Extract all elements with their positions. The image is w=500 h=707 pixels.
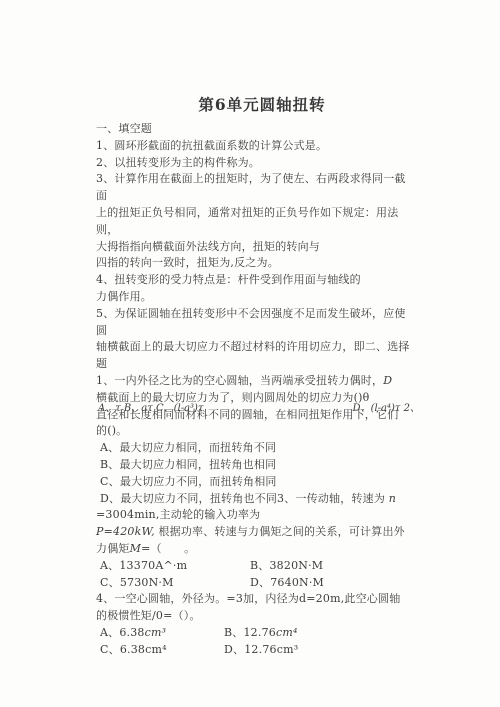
fill-q2: 2、以扭转变形为主的构件称为。 (96, 155, 416, 172)
choice-q3-line2: =3004min,主动轮的输入功率为 (96, 507, 416, 524)
document-body: 一、填空题 1、圆环形截面的抗扭截面系数的计算公式是。 2、以扭转变形为主的构件… (96, 121, 416, 659)
choice-q3-option-b: B、3820N·M (250, 558, 323, 575)
fill-q3-line1: 3、计算作用在截面上的扭矩时，为了使左、右两段求得同一截面 (96, 171, 416, 205)
choice-q4-option-d: D、12.76cm³ (224, 642, 298, 659)
choice-q1-formula-options-left: A、τ B、aτ C、(l-a³)τ (98, 401, 204, 418)
choice-q4-option-a-unit: cm³ (145, 626, 167, 639)
choice-q3-options-row1: A、13370A^·m B、3820N·M (96, 558, 416, 575)
choice-q2-option-d-text: D、最大切应力不同，扭转角也不同 (100, 492, 277, 505)
choice-q2-option-d-and-q3-start: D、最大切应力不同，扭转角也不同3、一传动轴，转速为 n (96, 491, 416, 508)
choice-q2-line2: 的()。 (96, 423, 416, 440)
choice-q3-option-c: C、5730N·M (100, 575, 250, 592)
choice-q2-option-c: C、最大切应力不同，而扭转角相同 (96, 474, 416, 491)
choice-q1-line1-text: 1、一内外径之比为的空心圆轴，当两端承受扭转力偶时， (96, 374, 383, 387)
choice-q1-formula-options-right: D、(l-a⁴)τ 2、 (353, 401, 420, 418)
fill-q5-line1: 5、为保证圆轴在扭转变形中不会因强度不足而发生破坏，应使圆 (96, 306, 416, 340)
choice-q3-options-row2: C、5730N·M D、7640N·M (96, 575, 416, 592)
choice-q4-option-c: C、6.38cm⁴ (100, 642, 224, 659)
choice-q3-line4-post: =（ 。 (141, 542, 195, 555)
choice-q3-line4-pre: 力偶矩 (96, 542, 130, 555)
choice-q4-options-row1: A、6.38cm³ B、12.76cm⁴ (96, 625, 416, 642)
choice-q3-inline-text: 3、一传动轴，转速为 (277, 492, 389, 505)
choice-q4-option-a-value: A、6.38 (100, 626, 145, 639)
choice-q3-line4: 力偶矩M=（ 。 (96, 541, 416, 558)
choice-q2-option-b: B、最大切应力相同，扭转角也相同 (96, 457, 416, 474)
fill-q4-line1: 4、扭转变形的受力特点是：杆件受到作用面与轴线的 (96, 272, 416, 289)
section-heading-fill-blank: 一、填空题 (96, 121, 416, 138)
choice-q2-option-a: A、最大切应力相同，而扭转角不同 (96, 440, 416, 457)
choice-q4-option-b-unit: cm⁴ (276, 626, 298, 639)
choice-q1-line1: 1、一内外径之比为的空心圆轴，当两端承受扭转力偶时，D (96, 373, 416, 390)
variable-M: M (130, 542, 141, 555)
choice-q3-option-a: A、13370A^·m (100, 558, 250, 575)
fill-q3-line3: 大拇指指向横截面外法线方向，扭矩的转向与 (96, 239, 416, 256)
choice-q4-line1: 4、一空心圆轴，外径为。=3加，内径为d=20m,此空心圆轴 (96, 591, 416, 608)
choice-q4-option-b: B、12.76cm⁴ (224, 625, 298, 642)
fill-q5-line2-and-choice-heading: 轴横截面上的最大切应力不超过材料的许用切应力，即二、选择题 (96, 339, 416, 373)
choice-q3-line3-text: 根据功率、转速与力偶矩之间的关系，可计算出外 (155, 525, 405, 538)
fill-q3-line2: 上的扭矩正负号相同，通常对扭矩的正负号作如下规定：用法则， (96, 205, 416, 239)
variable-n: n (389, 492, 396, 505)
document-page: 第6单元圆轴扭转 一、填空题 1、圆环形截面的抗扭截面系数的计算公式是。 2、以… (0, 0, 500, 707)
choice-q4-options-row2: C、6.38cm⁴ D、12.76cm³ (96, 642, 416, 659)
variable-D: D (383, 374, 392, 387)
variable-P-420kW: P=420kW, (96, 525, 155, 538)
fill-q1: 1、圆环形截面的抗扭截面系数的计算公式是。 (96, 138, 416, 155)
choice-q4-line2: 的极惯性矩/0=（）。 (96, 608, 416, 625)
choice-q4-option-a: A、6.38cm³ (100, 625, 224, 642)
page-title: 第6单元圆轴扭转 (96, 93, 414, 115)
fill-q4-line2: 力偶作用。 (96, 289, 416, 306)
fill-q3-line4: 四指的转向一致时，扭矩为,反之为。 (96, 255, 416, 272)
choice-q3-option-d: D、7640N·M (250, 575, 324, 592)
choice-q1-options-overlapping-q2: 直径和长度相同而材料不同的圆轴，在相同扭矩作用下，它们 A、τ B、aτ C、(… (96, 407, 416, 424)
choice-q3-line3: P=420kW, 根据功率、转速与力偶矩之间的关系，可计算出外 (96, 524, 416, 541)
choice-q4-option-b-value: B、12.76 (224, 626, 276, 639)
